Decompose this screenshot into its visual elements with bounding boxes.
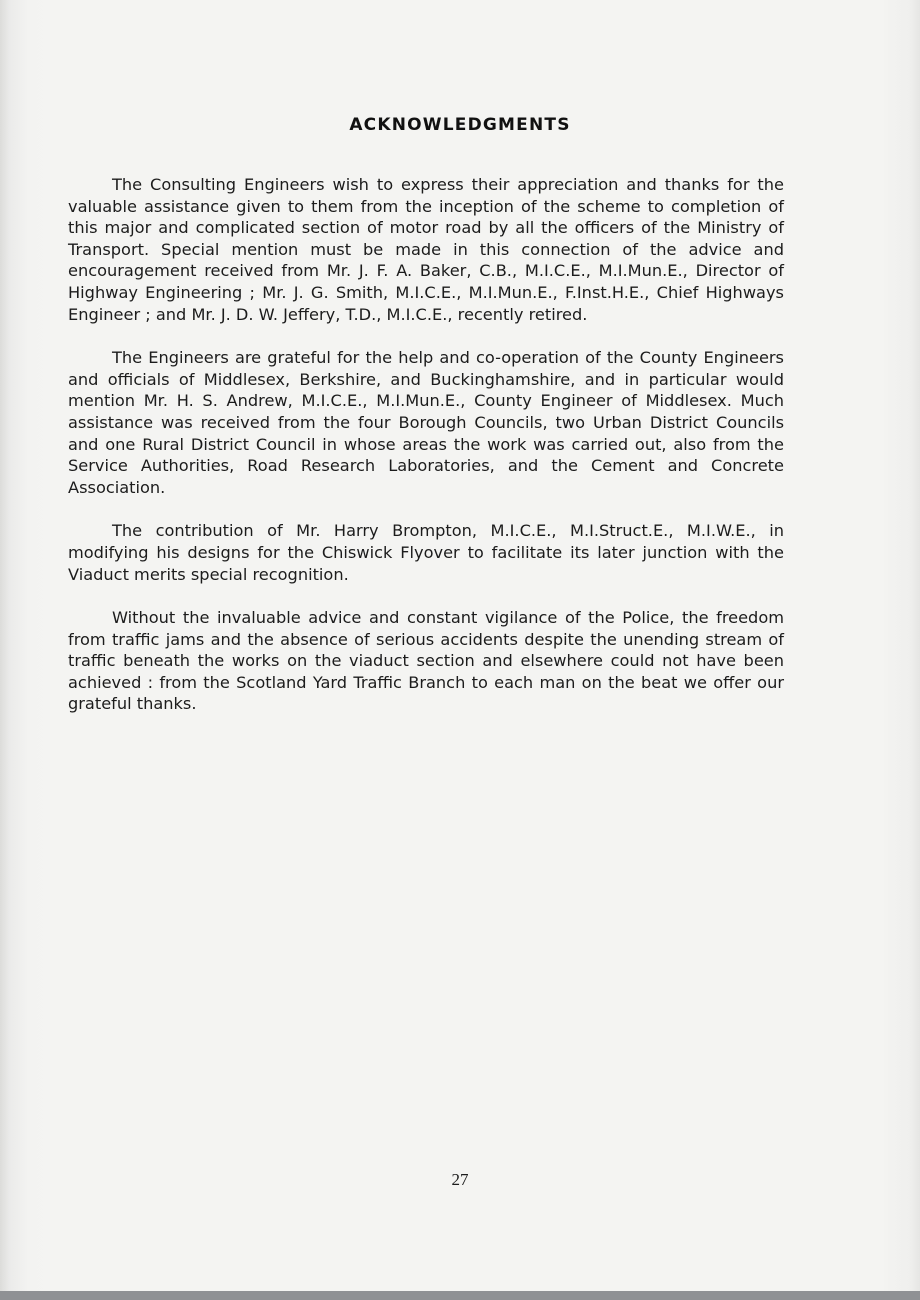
page-number: 27 [0, 1170, 920, 1190]
document-page: ACKNOWLEDGMENTS The Consulting Engineers… [0, 0, 920, 1291]
paragraph-police: Without the invaluable advice and consta… [68, 607, 784, 715]
paragraph-county-engineers: The Engineers are grateful for the help … [68, 347, 784, 498]
paragraph-ministry-thanks: The Consulting Engineers wish to express… [68, 174, 784, 325]
body-text: The Consulting Engineers wish to express… [68, 174, 784, 715]
page-title: ACKNOWLEDGMENTS [0, 115, 920, 135]
paragraph-brompton: The contribution of Mr. Harry Brompton, … [68, 520, 784, 585]
scan-edge [0, 1291, 920, 1300]
